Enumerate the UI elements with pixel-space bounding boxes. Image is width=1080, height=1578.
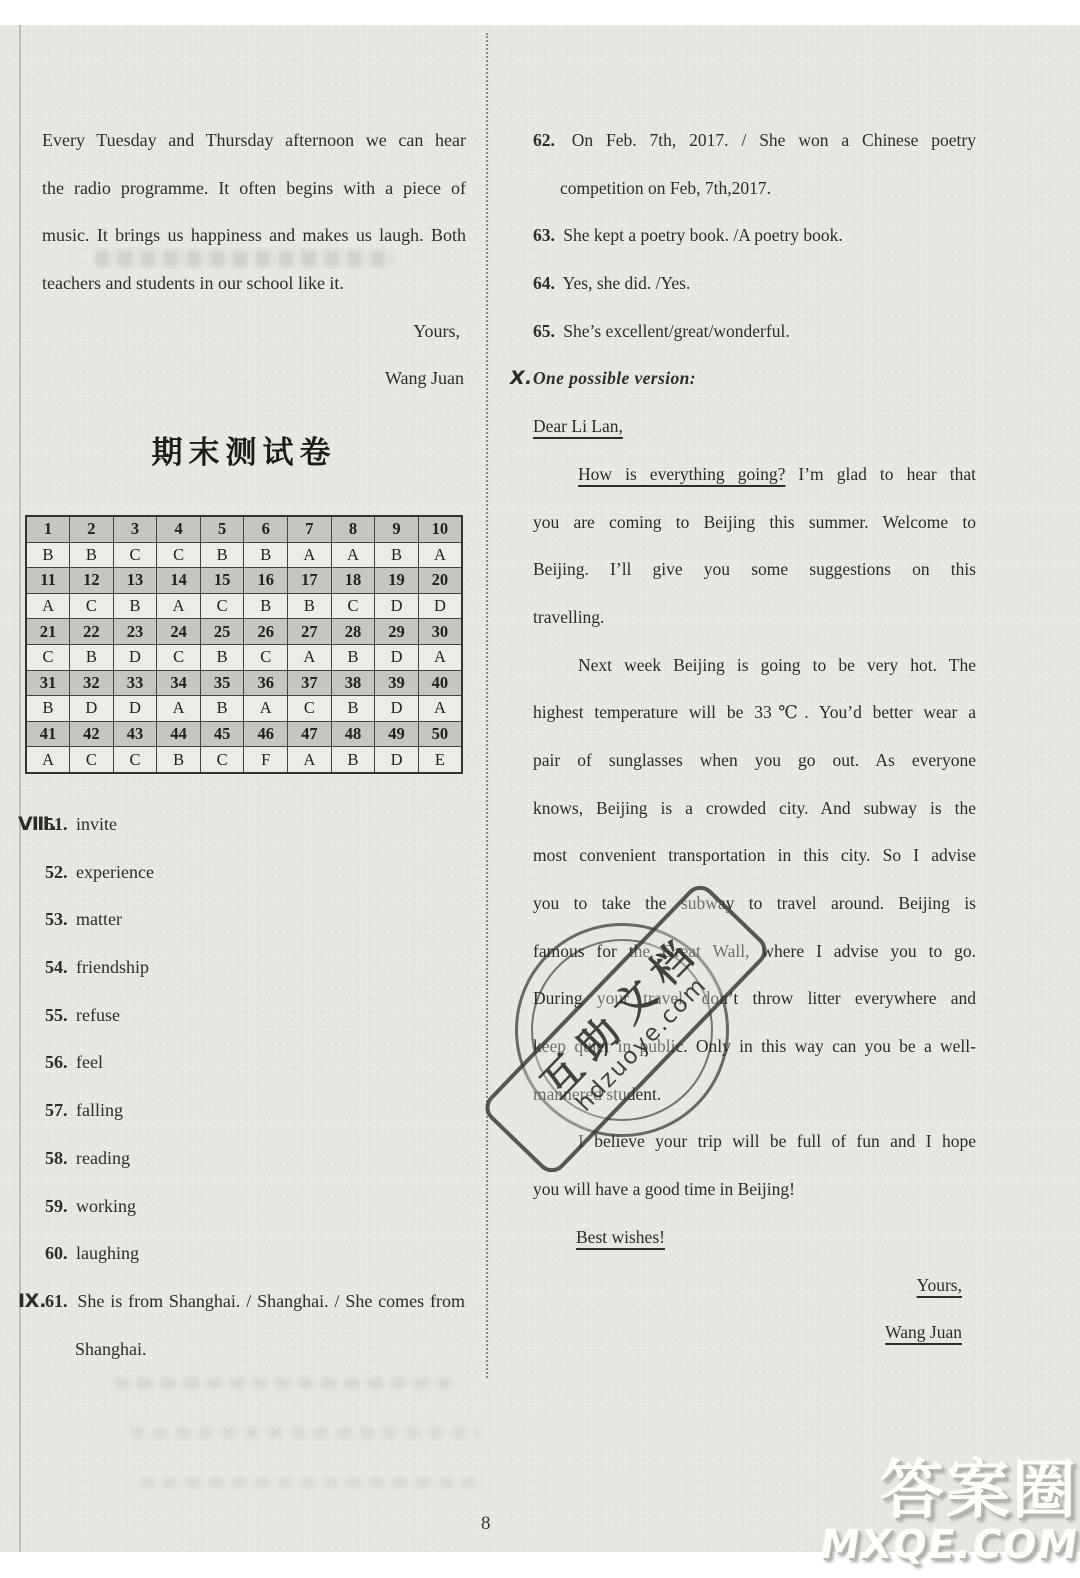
- answer-number: 54.: [45, 957, 68, 977]
- answer-letter-cell: C: [331, 593, 375, 619]
- letter-body-line: Next week Beijing is going to be very ho…: [533, 642, 976, 690]
- answer-letter-cell: A: [26, 747, 70, 773]
- letter-body-line: teachers and students in our school like…: [42, 260, 466, 308]
- question-number-row: 11121314151617181920: [26, 568, 462, 594]
- question-number-cell: 49: [375, 721, 419, 747]
- question-number-cell: 38: [331, 670, 375, 696]
- answer-item: 63. She kept a poetry book. /A poetry bo…: [533, 212, 976, 260]
- question-number-cell: 7: [288, 516, 332, 542]
- answer-letter-cell: B: [331, 696, 375, 722]
- answer-letter-cell: A: [288, 644, 332, 670]
- scanned-page: Every Tuesday and Thursday afternoon we …: [0, 25, 1080, 1552]
- underlined-text: Dear Li Lan,: [533, 416, 623, 436]
- answer-number: 53.: [45, 909, 68, 929]
- question-number-cell: 31: [26, 670, 70, 696]
- letter-body-line: Beijing. I’ll give you some suggestions …: [533, 546, 976, 594]
- letter-body-line: pair of sunglasses when you go out. As e…: [533, 737, 976, 785]
- question-number-cell: 4: [157, 516, 201, 542]
- answer-letter-cell: C: [157, 644, 201, 670]
- answer-letter-cell: B: [200, 696, 244, 722]
- answer-letter-row: BBCCBBAABA: [26, 542, 462, 568]
- letter-body-line: travelling.: [533, 594, 976, 642]
- question-number-cell: 45: [200, 721, 244, 747]
- answer-letter-cell: C: [70, 593, 114, 619]
- answer-item: 64. Yes, she did. /Yes.: [533, 260, 976, 308]
- letter-body-line: the radio programme. It often begins wit…: [42, 165, 466, 213]
- column-divider-dotted-line: [486, 33, 488, 1378]
- question-number-cell: 25: [200, 619, 244, 645]
- letter-closing: Yours,: [533, 1262, 976, 1310]
- answer-number: 55.: [45, 1005, 68, 1025]
- question-number-cell: 27: [288, 619, 332, 645]
- question-number-cell: 3: [113, 516, 157, 542]
- question-number-cell: 22: [70, 619, 114, 645]
- answer-letter-row: CBDCBCABDA: [26, 644, 462, 670]
- answer-number: 64.: [533, 273, 555, 293]
- answer-letter-cell: B: [244, 542, 288, 568]
- answer-number: 57.: [45, 1100, 68, 1120]
- answer-item: 65. She’s excellent/great/wonderful.: [533, 308, 976, 356]
- question-number-cell: 42: [70, 721, 114, 747]
- question-number-cell: 11: [26, 568, 70, 594]
- question-number-cell: 47: [288, 721, 332, 747]
- answer-letter-cell: A: [418, 696, 462, 722]
- answer-item: 54. friendship: [45, 944, 465, 992]
- answer-item: 58. reading: [45, 1135, 465, 1183]
- question-number-cell: 2: [70, 516, 114, 542]
- question-number-cell: 8: [331, 516, 375, 542]
- letter-body-line: How is everything going? I’m glad to hea…: [533, 451, 976, 499]
- question-number-cell: 50: [418, 721, 462, 747]
- answer-letter-cell: B: [70, 542, 114, 568]
- answer-item: 55. refuse: [45, 992, 465, 1040]
- letter-body-line: Every Tuesday and Thursday afternoon we …: [42, 117, 466, 165]
- letter-body-line: most convenient transportation in this c…: [533, 832, 976, 880]
- answer-letter-cell: C: [113, 542, 157, 568]
- answer-letter-cell: B: [70, 644, 114, 670]
- answer-letter-cell: D: [418, 593, 462, 619]
- answer-item: 57. falling: [45, 1087, 465, 1135]
- answer-letter-cell: D: [113, 696, 157, 722]
- letter-body-line: music. It brings us happiness and makes …: [42, 212, 466, 260]
- answer-letter-row: ACBACBBCDD: [26, 593, 462, 619]
- question-number-cell: 20: [418, 568, 462, 594]
- answer-letter-cell: E: [418, 747, 462, 773]
- question-number-cell: 36: [244, 670, 288, 696]
- question-number-cell: 26: [244, 619, 288, 645]
- underlined-text: How is everything going?: [578, 464, 785, 484]
- site-logo: 答案圈 MXQE.COM: [820, 1459, 1078, 1565]
- answer-item-continuation: Shanghai.: [45, 1326, 465, 1374]
- answer-letter-cell: D: [113, 644, 157, 670]
- question-number-cell: 33: [113, 670, 157, 696]
- answer-letter-cell: A: [157, 696, 201, 722]
- question-number-cell: 37: [288, 670, 332, 696]
- question-number-cell: 17: [288, 568, 332, 594]
- answer-letter-cell: B: [157, 747, 201, 773]
- letter-body-line: knows, Beijing is a crowded city. And su…: [533, 785, 976, 833]
- answer-number: 65.: [533, 321, 555, 341]
- question-number-row: 12345678910: [26, 516, 462, 542]
- question-number-row: 41424344454647484950: [26, 721, 462, 747]
- letter-body-line: you are coming to Beijing this summer. W…: [533, 499, 976, 547]
- answer-letter-cell: B: [113, 593, 157, 619]
- letter-body-line: you to take the subway to travel around.…: [533, 880, 976, 928]
- underlined-text: Best wishes!: [576, 1227, 665, 1247]
- question-number-cell: 5: [200, 516, 244, 542]
- question-number-cell: 9: [375, 516, 419, 542]
- answer-item: 60. laughing: [45, 1230, 465, 1278]
- question-number-cell: 43: [113, 721, 157, 747]
- letter-body-line: you will have a good time in Beijing!: [533, 1166, 976, 1214]
- answer-number: 59.: [45, 1196, 68, 1216]
- answer-letter-cell: A: [288, 747, 332, 773]
- question-number-row: 31323334353637383940: [26, 670, 462, 696]
- question-number-cell: 29: [375, 619, 419, 645]
- letter-body-line: highest temperature will be 33℃. You’d b…: [533, 689, 976, 737]
- answer-number: 63.: [533, 225, 555, 245]
- section-marker: Ⅸ.: [18, 1278, 47, 1326]
- letter-salutation: Dear Li Lan,: [533, 403, 976, 451]
- left-answers-section: Ⅷ.51. invite52. experience53. matter54. …: [45, 801, 465, 1373]
- question-number-cell: 44: [157, 721, 201, 747]
- answer-item-continuation: competition on Feb, 7th,2017.: [533, 165, 976, 213]
- right-column: 62. On Feb. 7th, 2017. / She won a Chine…: [533, 117, 976, 1357]
- bleed-through-ghost: [115, 1377, 455, 1389]
- letter-closing: Yours,: [42, 308, 466, 356]
- answer-number: 58.: [45, 1148, 68, 1168]
- logo-domain-text: MXQE.COM: [817, 1525, 1080, 1565]
- answer-letter-cell: B: [288, 593, 332, 619]
- answer-letter-cell: C: [26, 644, 70, 670]
- question-number-cell: 16: [244, 568, 288, 594]
- section-marker: Ⅹ.: [510, 355, 533, 403]
- answer-item: Ⅸ.61. She is from Shanghai. / Shanghai. …: [45, 1278, 465, 1326]
- page-title: 期末测试卷: [25, 428, 463, 478]
- answer-letter-cell: C: [157, 542, 201, 568]
- answer-letter-cell: C: [288, 696, 332, 722]
- answer-number: 62.: [533, 130, 555, 150]
- answer-item: 52. experience: [45, 849, 465, 897]
- answer-number: 56.: [45, 1052, 68, 1072]
- answer-letter-cell: B: [331, 747, 375, 773]
- answer-letter-cell: D: [375, 696, 419, 722]
- question-number-cell: 21: [26, 619, 70, 645]
- letter-signature: Wang Juan: [42, 355, 466, 403]
- section-marker: Ⅷ.: [18, 801, 57, 849]
- underlined-text: Yours,: [917, 1275, 962, 1295]
- answer-letter-cell: B: [331, 644, 375, 670]
- answer-letter-cell: C: [200, 747, 244, 773]
- answer-letter-cell: A: [418, 644, 462, 670]
- answer-letter-cell: A: [26, 593, 70, 619]
- answer-number: 60.: [45, 1243, 68, 1263]
- question-number-cell: 34: [157, 670, 201, 696]
- bleed-through-ghost: [140, 1477, 480, 1488]
- question-number-cell: 24: [157, 619, 201, 645]
- question-number-cell: 15: [200, 568, 244, 594]
- question-number-cell: 13: [113, 568, 157, 594]
- question-number-cell: 6: [244, 516, 288, 542]
- logo-chinese-text: 答案圈: [820, 1459, 1078, 1523]
- answer-letter-cell: C: [200, 593, 244, 619]
- answer-letter-cell: A: [157, 593, 201, 619]
- answer-item: 56. feel: [45, 1039, 465, 1087]
- letter-signature: Wang Juan: [533, 1309, 976, 1357]
- answer-letter-cell: A: [288, 542, 332, 568]
- question-number-cell: 18: [331, 568, 375, 594]
- answer-letter-cell: C: [70, 747, 114, 773]
- question-number-cell: 40: [418, 670, 462, 696]
- answer-letter-cell: A: [331, 542, 375, 568]
- answer-letter-cell: D: [70, 696, 114, 722]
- answer-letter-cell: D: [375, 593, 419, 619]
- answer-letter-cell: B: [200, 542, 244, 568]
- bleed-through-ghost: [130, 1427, 480, 1438]
- question-number-row: 21222324252627282930: [26, 619, 462, 645]
- question-number-cell: 41: [26, 721, 70, 747]
- answer-item: Ⅷ.51. invite: [45, 801, 465, 849]
- answer-item: 62. On Feb. 7th, 2017. / She won a Chine…: [533, 117, 976, 165]
- question-number-cell: 14: [157, 568, 201, 594]
- answer-item: 59. working: [45, 1183, 465, 1231]
- question-number-cell: 30: [418, 619, 462, 645]
- answer-table-body: 12345678910BBCCBBAABA1112131415161718192…: [26, 516, 462, 773]
- answer-letter-cell: F: [244, 747, 288, 773]
- question-number-cell: 32: [70, 670, 114, 696]
- question-number-cell: 23: [113, 619, 157, 645]
- answer-letter-cell: B: [200, 644, 244, 670]
- question-number-cell: 19: [375, 568, 419, 594]
- answer-letter-cell: B: [26, 696, 70, 722]
- answer-letter-cell: C: [113, 747, 157, 773]
- question-number-cell: 12: [70, 568, 114, 594]
- question-number-cell: 39: [375, 670, 419, 696]
- answer-letter-cell: B: [375, 542, 419, 568]
- left-letter-paragraph: Every Tuesday and Thursday afternoon we …: [42, 117, 466, 403]
- answer-number: 52.: [45, 862, 68, 882]
- answer-letter-row: BDDABACBDA: [26, 696, 462, 722]
- question-number-cell: 48: [331, 721, 375, 747]
- answer-letter-cell: B: [244, 593, 288, 619]
- answer-number: 61.: [45, 1291, 68, 1311]
- answer-table: 12345678910BBCCBBAABA1112131415161718192…: [25, 515, 463, 774]
- page-number: 8: [481, 1513, 491, 1535]
- question-number-cell: 46: [244, 721, 288, 747]
- answer-letter-cell: D: [375, 747, 419, 773]
- question-number-cell: 1: [26, 516, 70, 542]
- letter-best-wishes: Best wishes!: [533, 1214, 976, 1262]
- question-number-cell: 10: [418, 516, 462, 542]
- underlined-text: Wang Juan: [885, 1322, 962, 1342]
- answer-letter-cell: D: [375, 644, 419, 670]
- answer-letter-row: ACCBCFABDE: [26, 747, 462, 773]
- answer-letter-cell: A: [418, 542, 462, 568]
- answer-letter-cell: C: [244, 644, 288, 670]
- question-number-cell: 28: [331, 619, 375, 645]
- answer-item: 53. matter: [45, 896, 465, 944]
- answer-letter-cell: B: [26, 542, 70, 568]
- answer-letter-cell: A: [244, 696, 288, 722]
- section-heading: Ⅹ.One possible version:: [533, 355, 976, 403]
- question-number-cell: 35: [200, 670, 244, 696]
